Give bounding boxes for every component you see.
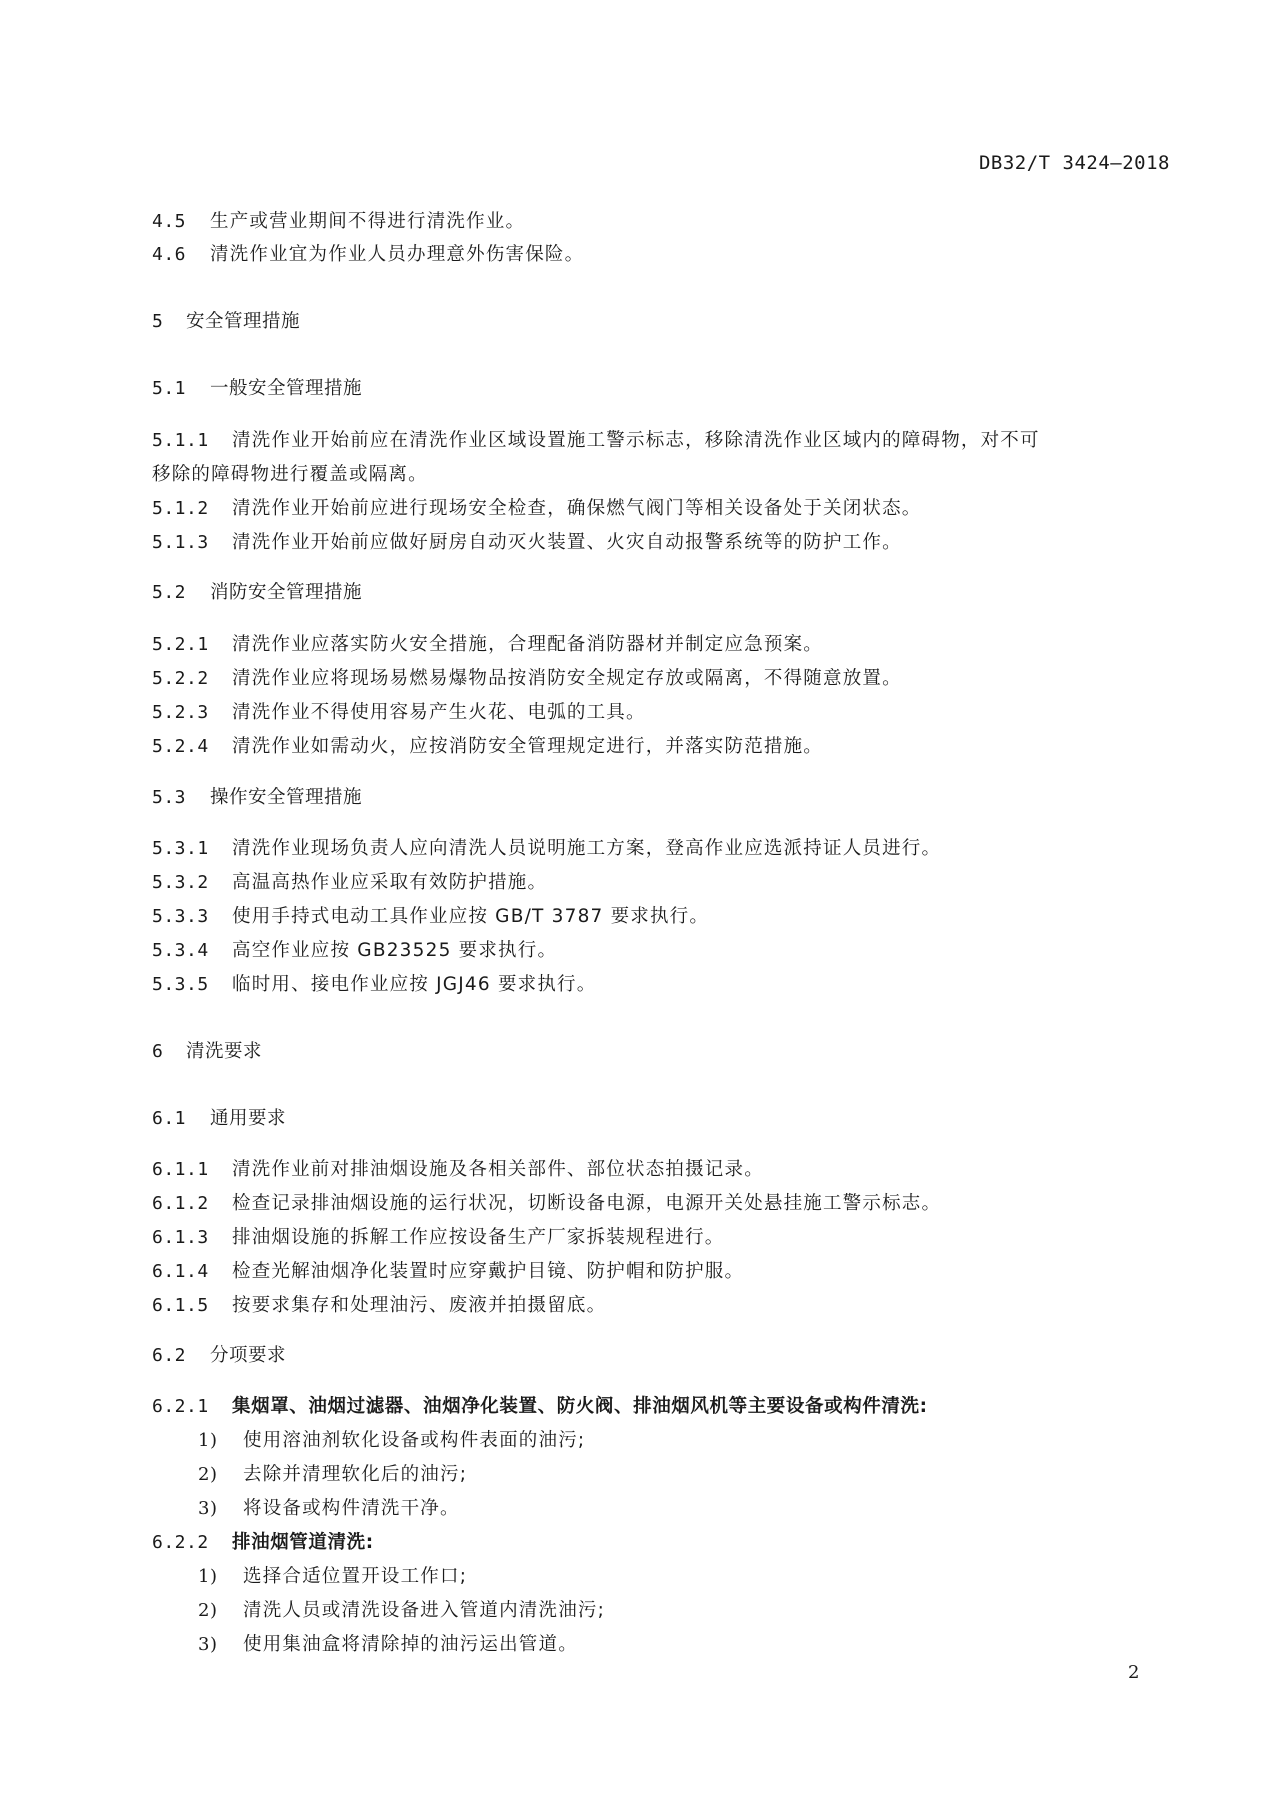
clause-text: 清洗作业现场负责人应向清洗人员说明施工方案，登高作业应选派持证人员进行。: [232, 838, 941, 859]
clause-number: 5.2.4: [152, 734, 232, 760]
clause-number: 5.2: [152, 580, 210, 606]
clause-text: 操作安全管理措施: [210, 787, 362, 808]
clause-text: 按要求集存和处理油污、废液并拍摄留底。: [232, 1295, 606, 1316]
clause-text: 清洗作业应落实防火安全措施，合理配备消防器材并制定应急预案。: [232, 634, 823, 655]
clause-text: 临时用、接电作业应按 JGJ46 要求执行。: [232, 974, 596, 995]
clause-number: 5.2.2: [152, 666, 232, 692]
clause-text: 清洗作业开始前应在清洗作业区域设置施工警示标志，移除清洗作业区域内的障碍物，对不…: [232, 430, 1040, 451]
clause-text: 检查记录排油烟设施的运行状况，切断设备电源，电源开关处悬挂施工警示标志。: [232, 1193, 941, 1214]
clause-text: 清洗作业开始前应进行现场安全检查，确保燃气阀门等相关设备处于关闭状态。: [232, 498, 922, 519]
clause-text: 清洗作业宜为作业人员办理意外伤害保险。: [210, 244, 584, 265]
clause-text: 排油烟管道清洗:: [232, 1532, 374, 1553]
clause-text: 生产或营业期间不得进行清洗作业。: [210, 211, 525, 232]
clause-number: 6.1.3: [152, 1225, 232, 1251]
clause-number: 6.2.1: [152, 1394, 232, 1420]
clause-text: 清洗作业不得使用容易产生火花、电弧的工具。: [232, 702, 646, 723]
page-number: 2: [1128, 1662, 1139, 1683]
clause-number: 5.1.3: [152, 530, 232, 556]
list-item: 1)选择合适位置开设工作口;: [198, 1564, 467, 1590]
clause: 5.2.1清洗作业应落实防火安全措施，合理配备消防器材并制定应急预案。: [152, 632, 823, 658]
section-heading: 6.2分项要求: [152, 1343, 286, 1369]
section-heading: 5.2消防安全管理措施: [152, 580, 362, 606]
clause: 4.6清洗作业宜为作业人员办理意外伤害保险。: [152, 242, 584, 268]
list-item-number: 3): [198, 1632, 243, 1658]
clause: 6.1.2检查记录排油烟设施的运行状况，切断设备电源，电源开关处悬挂施工警示标志…: [152, 1191, 941, 1217]
list-item-text: 将设备或构件清洗干净。: [243, 1498, 460, 1519]
clause-heading: 6.2.2排油烟管道清洗:: [152, 1530, 374, 1556]
clause-number: 5.2.1: [152, 632, 232, 658]
clause-number: 4.6: [152, 242, 210, 268]
clause-text: 使用手持式电动工具作业应按 GB/T 3787 要求执行。: [232, 906, 709, 927]
clause-heading: 6.2.1集烟罩、油烟过滤器、油烟净化装置、防火阀、排油烟风机等主要设备或构件清…: [152, 1394, 928, 1420]
clause-number: 6.1: [152, 1106, 210, 1132]
list-item: 3)将设备或构件清洗干净。: [198, 1496, 460, 1522]
section-heading: 5.3操作安全管理措施: [152, 785, 362, 811]
list-item: 3)使用集油盒将清除掉的油污运出管道。: [198, 1632, 578, 1658]
clause-number: 5.2.3: [152, 700, 232, 726]
list-item-number: 2): [198, 1462, 243, 1488]
list-item: 2)清洗人员或清洗设备进入管道内清洗油污;: [198, 1598, 605, 1624]
list-item-number: 3): [198, 1496, 243, 1522]
section-heading: 6.1通用要求: [152, 1106, 286, 1132]
clause-number: 5.1: [152, 376, 210, 402]
clause-text: 清洗作业前对排油烟设施及各相关部件、部位状态拍摄记录。: [232, 1159, 764, 1180]
clause-number: 5: [152, 309, 186, 335]
clause-text: 消防安全管理措施: [210, 582, 362, 603]
clause: 6.1.4检查光解油烟净化装置时应穿戴护目镜、防护帽和防护服。: [152, 1259, 744, 1285]
chapter-heading: 6清洗要求: [152, 1039, 262, 1065]
clause: 5.3.5临时用、接电作业应按 JGJ46 要求执行。: [152, 972, 596, 998]
clause: 5.2.2清洗作业应将现场易燃易爆物品按消防安全规定存放或隔离，不得随意放置。: [152, 666, 902, 692]
clause-number: 5.3.4: [152, 938, 232, 964]
clause-number: 6.1.5: [152, 1293, 232, 1319]
clause: 5.2.4清洗作业如需动火，应按消防安全管理规定进行，并落实防范措施。: [152, 734, 823, 760]
clause-text: 通用要求: [210, 1108, 286, 1129]
clause: 5.3.3使用手持式电动工具作业应按 GB/T 3787 要求执行。: [152, 904, 709, 930]
clause-number: 6.1.4: [152, 1259, 232, 1285]
standard-code: DB32/T 3424—2018: [979, 152, 1170, 174]
clause-number: 6.2.2: [152, 1530, 232, 1556]
document-page: DB32/T 3424—2018 4.5生产或营业期间不得进行清洗作业。4.6清…: [0, 0, 1280, 1810]
clause-text: 检查光解油烟净化装置时应穿戴护目镜、防护帽和防护服。: [232, 1261, 744, 1282]
clause: 5.3.1清洗作业现场负责人应向清洗人员说明施工方案，登高作业应选派持证人员进行…: [152, 836, 941, 862]
clause-text: 清洗作业开始前应做好厨房自动灭火装置、火灾自动报警系统等的防护工作。: [232, 532, 902, 553]
clause-number: 5.3.2: [152, 870, 232, 896]
clause-number: 6.2: [152, 1343, 210, 1369]
clause-number: 5.3.5: [152, 972, 232, 998]
list-item-number: 1): [198, 1428, 243, 1454]
clause-number: 4.5: [152, 209, 210, 235]
list-item-text: 去除并清理软化后的油污;: [243, 1464, 467, 1485]
paragraph-continuation: 移除的障碍物进行覆盖或隔离。: [152, 462, 428, 488]
clause-number: 5.1.1: [152, 428, 232, 454]
list-item: 1)使用溶油剂软化设备或构件表面的油污;: [198, 1428, 585, 1454]
list-item-text: 选择合适位置开设工作口;: [243, 1566, 467, 1587]
clause-text: 高温高热作业应采取有效防护措施。: [232, 872, 547, 893]
list-item-text: 使用集油盒将清除掉的油污运出管道。: [243, 1634, 578, 1655]
clause: 5.3.2高温高热作业应采取有效防护措施。: [152, 870, 547, 896]
clause: 5.1.3清洗作业开始前应做好厨房自动灭火装置、火灾自动报警系统等的防护工作。: [152, 530, 902, 556]
clause-number: 5.1.2: [152, 496, 232, 522]
list-item-text: 清洗人员或清洗设备进入管道内清洗油污;: [243, 1600, 605, 1621]
list-item-number: 2): [198, 1598, 243, 1624]
clause: 5.3.4高空作业应按 GB23525 要求执行。: [152, 938, 557, 964]
clause-number: 5.3.1: [152, 836, 232, 862]
clause-text: 清洗作业如需动火，应按消防安全管理规定进行，并落实防范措施。: [232, 736, 823, 757]
clause-number: 6: [152, 1039, 186, 1065]
clause-number: 6.1.1: [152, 1157, 232, 1183]
clause: 5.2.3清洗作业不得使用容易产生火花、电弧的工具。: [152, 700, 646, 726]
clause-text: 安全管理措施: [186, 311, 300, 332]
clause-number: 5.3.3: [152, 904, 232, 930]
clause: 6.1.3排油烟设施的拆解工作应按设备生产厂家拆装规程进行。: [152, 1225, 725, 1251]
list-item-text: 使用溶油剂软化设备或构件表面的油污;: [243, 1430, 585, 1451]
clause-text: 一般安全管理措施: [210, 378, 362, 399]
clause-text: 高空作业应按 GB23525 要求执行。: [232, 940, 557, 961]
clause-number: 6.1.2: [152, 1191, 232, 1217]
clause: 4.5生产或营业期间不得进行清洗作业。: [152, 209, 525, 235]
section-heading: 5.1一般安全管理措施: [152, 376, 362, 402]
clause: 6.1.5按要求集存和处理油污、废液并拍摄留底。: [152, 1293, 606, 1319]
clause-text: 排油烟设施的拆解工作应按设备生产厂家拆装规程进行。: [232, 1227, 725, 1248]
clause-text: 集烟罩、油烟过滤器、油烟净化装置、防火阀、排油烟风机等主要设备或构件清洗:: [232, 1396, 928, 1417]
clause-text: 清洗要求: [186, 1041, 262, 1062]
clause: 6.1.1清洗作业前对排油烟设施及各相关部件、部位状态拍摄记录。: [152, 1157, 764, 1183]
chapter-heading: 5安全管理措施: [152, 309, 300, 335]
clause-number: 5.3: [152, 785, 210, 811]
clause-text: 分项要求: [210, 1345, 286, 1366]
list-item-number: 1): [198, 1564, 243, 1590]
clause: 5.1.1清洗作业开始前应在清洗作业区域设置施工警示标志，移除清洗作业区域内的障…: [152, 428, 1040, 454]
list-item: 2)去除并清理软化后的油污;: [198, 1462, 467, 1488]
clause-text: 清洗作业应将现场易燃易爆物品按消防安全规定存放或隔离，不得随意放置。: [232, 668, 902, 689]
clause: 5.1.2清洗作业开始前应进行现场安全检查，确保燃气阀门等相关设备处于关闭状态。: [152, 496, 922, 522]
